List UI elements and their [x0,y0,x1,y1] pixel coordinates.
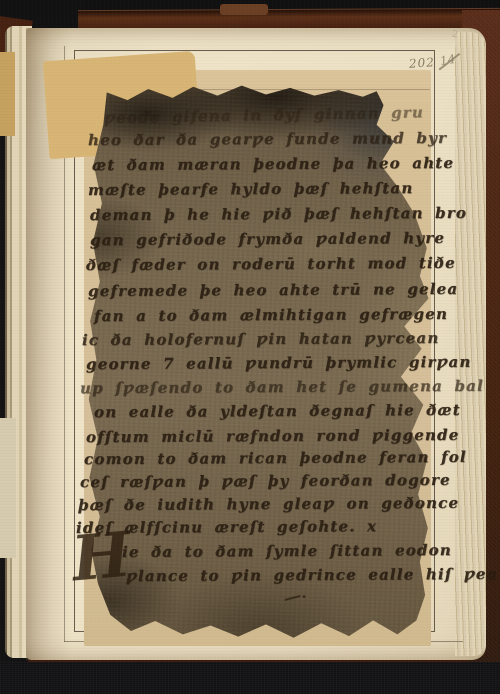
parchment-texture [86,80,432,640]
pencil-annotation: 14 [439,52,456,68]
backdrop-bottom [0,662,500,694]
folio-number: 202 [409,55,436,71]
book-cover-clasp [220,4,268,15]
facing-page-fragment-top [0,52,15,136]
photo-background: 202 14 2 H ƿeode gifena in ðyſ ginnan gr… [0,0,500,694]
parchment-leaf [86,80,432,640]
page-fore-edge [455,32,486,656]
facing-page-fragment-bottom [0,418,16,558]
